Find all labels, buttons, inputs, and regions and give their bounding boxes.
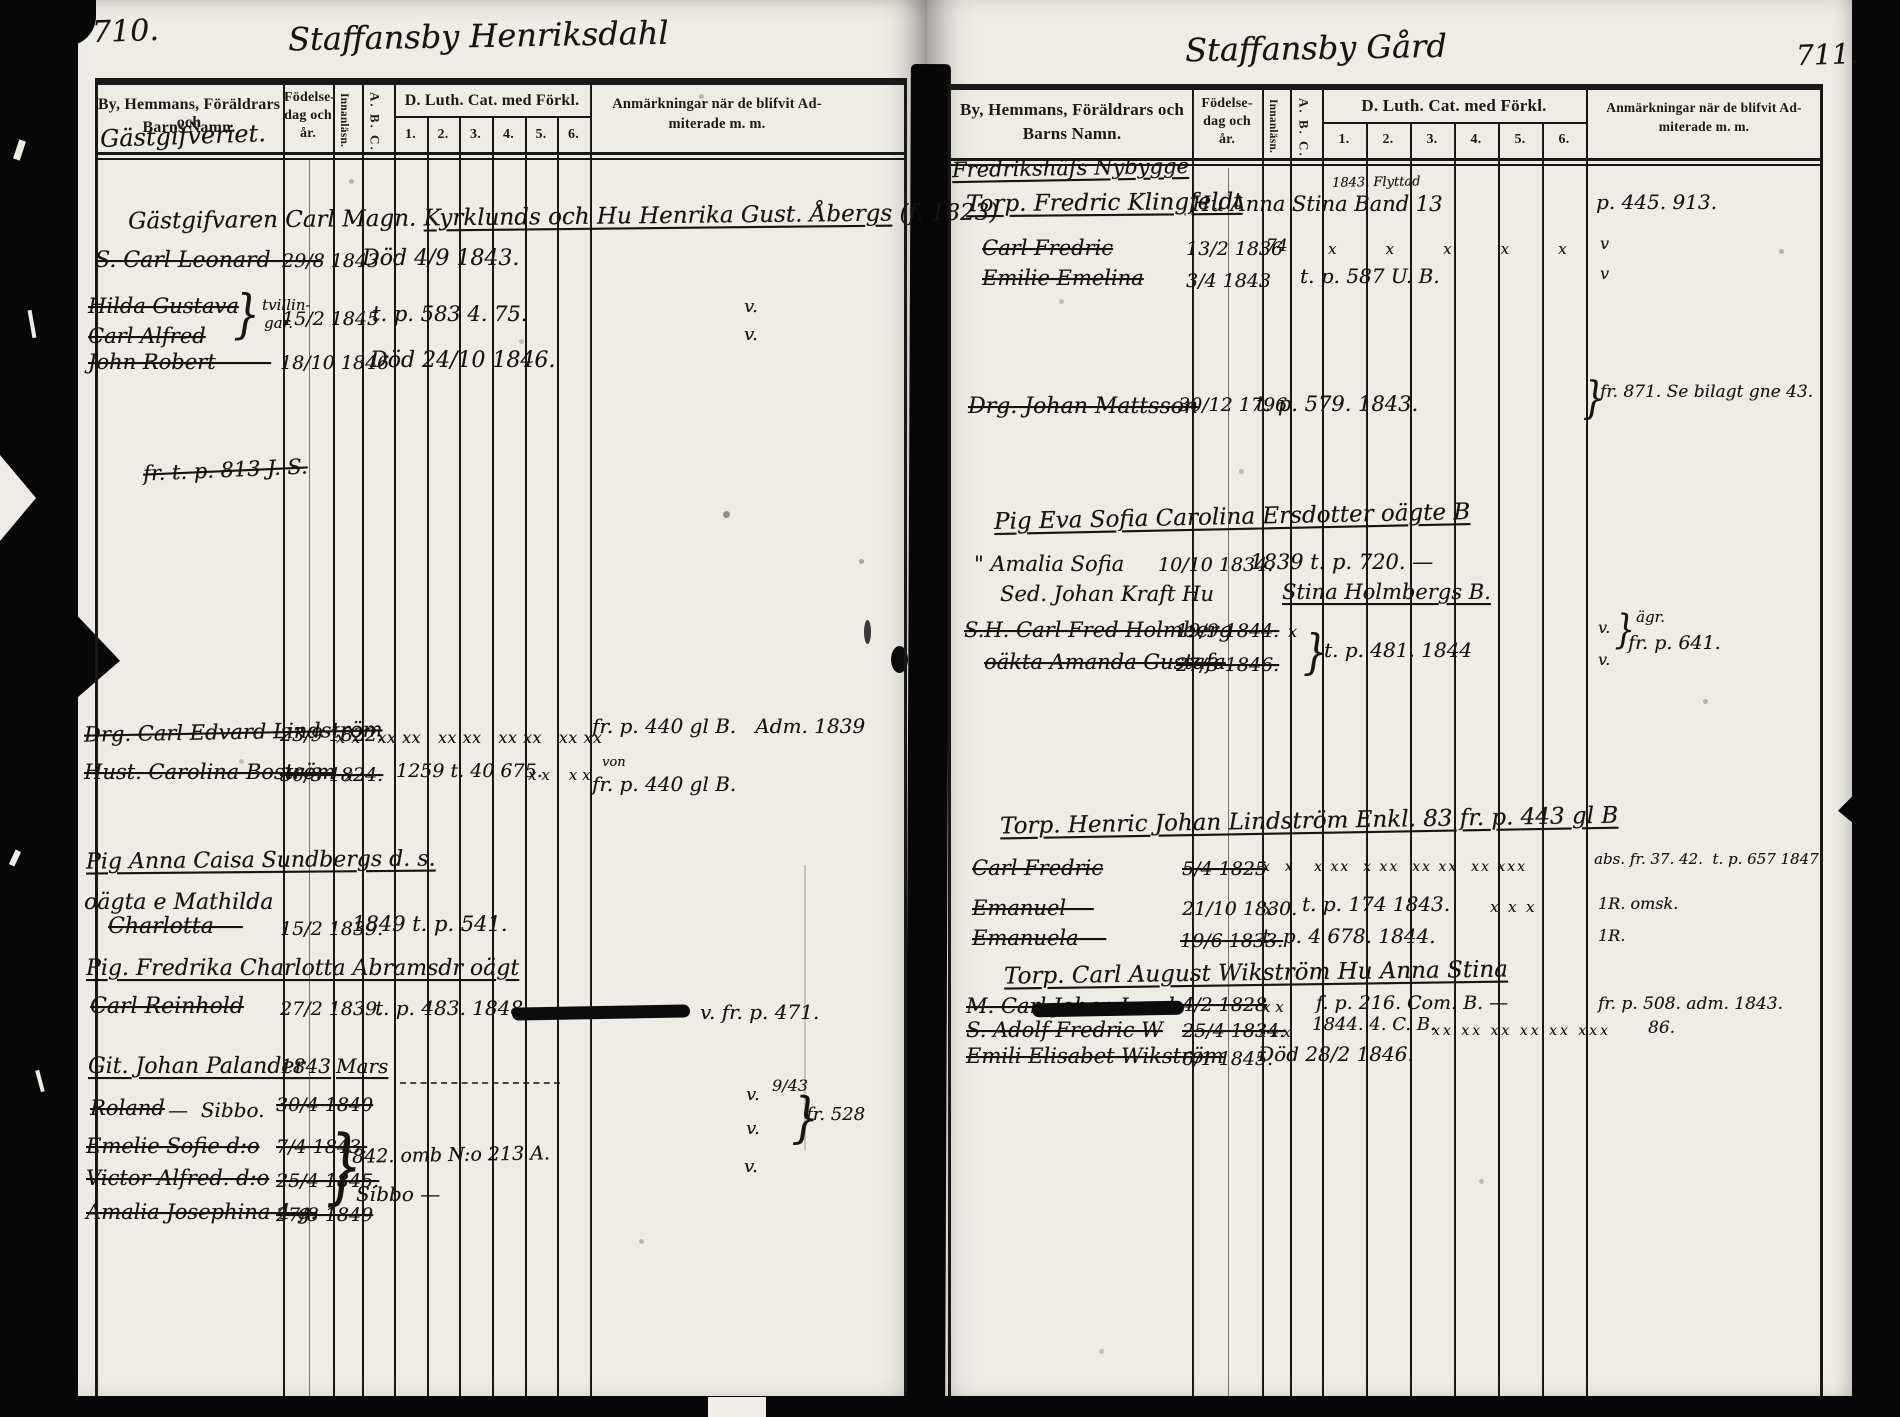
ink-smudge-margin [864, 620, 871, 644]
table-rule [95, 78, 906, 85]
entry-marks: x x x xx x xx xx xx xx xxx [1262, 860, 1527, 875]
check-mark: v. [1598, 652, 1610, 669]
column-header-remarks: Anmärkningar när de blifvit Ad- [1590, 100, 1818, 115]
entry-note: Mars [336, 1056, 388, 1077]
entry-note: t. p. 579. 1843. [1256, 394, 1418, 416]
table-rule [95, 158, 906, 160]
table-rule [1228, 168, 1229, 1396]
entry-name: S. Adolf Fredric W [966, 1020, 1163, 1042]
subcolumn-5: 5. [1498, 132, 1542, 148]
table-rule [948, 84, 951, 1396]
entry-note: 1259 t. 40 675. [396, 762, 543, 782]
entry-mark: x [1264, 902, 1273, 919]
subcolumn-6: 6. [1542, 132, 1586, 148]
scan-gutter [905, 64, 951, 1400]
column-header-birth: år. [1193, 132, 1261, 148]
column-header-birth: Födelse- [284, 90, 332, 106]
entry-birth: 3/4 1843 [1186, 272, 1271, 292]
entry-name: Carl Fredric [972, 858, 1103, 880]
entry-birth: 21/10 1830. [1182, 900, 1297, 920]
scan-left-corner-top [0, 0, 96, 46]
subcolumn-3: 3. [459, 127, 492, 143]
column-header-birth: år. [284, 126, 332, 142]
page-number: 710. [91, 15, 159, 48]
entry-remark: fr. 871. Se bilagt gne 43. [1600, 384, 1813, 402]
entry-remark: v. fr. p. 471. [700, 1002, 819, 1023]
check-mark: v [1600, 236, 1609, 253]
subcolumn-5: 5. [525, 127, 557, 143]
entry-continuation: Hu Anna Stina Band 13 [1192, 194, 1443, 216]
entry-note: Död 4/9 1843. [362, 248, 519, 271]
entry-note: 1849 t. p. 541. [352, 914, 507, 936]
entry-birth: 30/4 1840 [276, 1096, 373, 1116]
column-header-reading: Innanläsn. [1266, 92, 1279, 160]
table-rule [95, 152, 906, 155]
entry-note: t. p. 4 678. 1844. [1262, 926, 1436, 947]
entry-name: Pig. Fredrika Charlotta Abramsdr oägt [86, 958, 519, 981]
column-header-abc: A. B. C. [367, 90, 382, 154]
column-header-catechism: D. Luth. Cat. med Förkl. [1324, 96, 1584, 115]
subcolumn-1: 1. [394, 127, 427, 143]
entry-note: Sibbo — [356, 1184, 440, 1205]
margin-note: fr. 528 [806, 1106, 865, 1125]
entry-name: Victor Alfred. d:o [86, 1168, 269, 1190]
subcolumn-4: 4. [492, 127, 525, 143]
entry-remark: abs. fr. 37. 42. t. p. 657 1847 [1594, 852, 1819, 868]
scanned-parish-register: By, Hemmans, Föräldrars och Barns Namn. … [0, 0, 1900, 1417]
entry-note: t. p. 587 U. B. [1300, 266, 1440, 287]
entry-name: Carl Alfred [88, 326, 206, 348]
entry-remark-superscript: von [602, 756, 626, 770]
entry-note: t. p. 174 1843. [1302, 894, 1450, 915]
column-header-names: Barns Namn. [958, 124, 1186, 143]
entry-note: Död 24/10 1846. [370, 350, 555, 373]
entry-name: Emanuel — [972, 898, 1094, 920]
twins-brace: } [233, 288, 259, 342]
entry-note: t. p. 481. 1844 [1324, 640, 1472, 661]
entry-note: 1844. 4. C. B. [1312, 1016, 1436, 1035]
entry-name: John Robert — — [88, 352, 271, 374]
entry-superscript: 1843. Flyttad [1332, 175, 1421, 190]
table-rule [1820, 84, 1823, 1396]
entry-mark: x [344, 768, 353, 785]
entry-remark: fr. p. 440 gl B. [592, 774, 736, 795]
table-rule [948, 84, 1822, 90]
table-rule [1290, 88, 1292, 1396]
column-header-birth: Födelse- [1193, 96, 1261, 112]
entry-name: Emilie Emelina [982, 268, 1144, 290]
check-mark: v. [746, 1086, 760, 1105]
column-header-abc: A. B. C. [1296, 96, 1311, 160]
table-rule [1454, 124, 1456, 1396]
column-header-names: By, Hemmans, Föräldrars och [958, 100, 1186, 119]
entry-name: oägta e Mathilda [84, 892, 273, 915]
entry-name: Hilda Gustava [88, 296, 239, 318]
entry-name: Emelie Sofie d:o [86, 1136, 260, 1158]
entry-marks: xx xx xx xx xx xxx [1432, 1024, 1611, 1039]
entry-name: Roland [90, 1098, 165, 1120]
entry-name: Stina Holmbergs B. [1282, 582, 1491, 604]
entry-birth: 5/4 1825 [1182, 860, 1267, 880]
column-header-birth: dag och [1193, 114, 1261, 130]
place-label: Fredrikshäfs Nybygge [952, 156, 1189, 182]
entry-note: Död 28/2 1846. [1258, 1044, 1414, 1065]
entry-note: 1839 t. p. 720. — [1250, 552, 1433, 574]
family-heading-part: Gästgifvaren Carl Magn. [128, 205, 424, 234]
subcolumn-2: 2. [1366, 132, 1410, 148]
subcolumn-4: 4. [1454, 132, 1498, 148]
entry-marks: x x x [1490, 900, 1534, 916]
dashed-rule [400, 1082, 560, 1084]
entry-remark: fr. p. 440 gl B. Adm. 1839 [592, 716, 865, 737]
entry-remark: fr. p. 508. adm. 1843. [1598, 996, 1783, 1014]
subcolumn-2: 2. [427, 127, 459, 143]
entry-birth: 27/3 1846. [1176, 656, 1279, 676]
subcolumn-3: 3. [1410, 132, 1454, 148]
table-rule [557, 118, 559, 1396]
entry-marks: x x xx xx xx xx xx xx xx xx [336, 730, 602, 747]
column-header-remarks: miterade m. m. [1590, 119, 1818, 134]
entry-name: Git. Johan Palander [88, 1056, 305, 1079]
table-rule [1498, 124, 1500, 1396]
check-mark: v. [744, 1158, 758, 1177]
entry-remark: fr. p. 641. [1628, 634, 1721, 654]
entry-name: Drg. Johan Mattsson [968, 396, 1198, 419]
entry-reading: 74 [1266, 238, 1288, 256]
table-rule [1542, 124, 1544, 1396]
column-header-catechism: D. Luth. Cat. med Förkl. [396, 92, 588, 110]
check-mark: v. [744, 298, 758, 317]
entry-birth: 4/2 1828 [1182, 996, 1267, 1016]
entry-birth: 19/9 1844. [1176, 622, 1279, 642]
ink-blot [1032, 1001, 1184, 1018]
entry-name: " Amalia Sofia [974, 554, 1124, 576]
entry-birth: 1843 [280, 1056, 331, 1077]
page-title: Staffansby Henriksdahl [288, 17, 669, 57]
entry-name: Sed. Johan Kraft Hu [1000, 584, 1214, 606]
entry-remark: p. 445. 913. [1596, 192, 1717, 213]
entry-remark: 86. [1648, 1020, 1675, 1038]
entry-name: Emanuela — [972, 928, 1106, 950]
page-title: Staffansby Gård [1185, 30, 1447, 68]
entry-marks: x x x x x [1328, 242, 1573, 258]
entry-remark: 1R. omsk. [1598, 896, 1678, 913]
page-number: 711. [1796, 39, 1859, 70]
scan-left-margin [0, 0, 78, 1417]
table-rule [904, 78, 907, 1396]
entry-birth: 15/2 1845 [282, 310, 379, 330]
entry-marks: x x x x [528, 768, 590, 784]
entry-name: Pig Anna Caisa Sundbergs d. s. [86, 848, 436, 874]
entry-marks: x x x [1258, 1026, 1291, 1041]
scan-right-margin [1852, 0, 1900, 1417]
scan-bottom-margin [0, 1396, 1900, 1417]
table-rule [1366, 124, 1368, 1396]
entry-note: f. p. 216. Com. B. — [1316, 994, 1508, 1014]
check-mark: v. [1598, 620, 1610, 637]
column-header-reading: Innanläsn. [337, 86, 350, 154]
section-label: Gästgifveriet. [100, 121, 267, 152]
check-mark: v. [744, 326, 758, 345]
subcolumn-1: 1. [1322, 132, 1366, 148]
entry-birth: 27/2 1839. [280, 1000, 383, 1020]
entry-remark: 1R. [1598, 928, 1625, 945]
scan-bottom-gap [708, 1397, 766, 1417]
entry-note: t. p. 483. 1848 [375, 998, 523, 1019]
ink-speckles [0, 0, 3, 3]
table-rule [1586, 88, 1588, 1396]
entry-marks: x x [1262, 1000, 1284, 1016]
entry-name: Charlotta — [108, 916, 243, 939]
entry-name: Carl Reinhold [90, 996, 244, 1019]
entry-name: Carl Fredric [982, 238, 1113, 260]
subcolumn-6: 6. [557, 127, 590, 143]
family-heading-part: Kyrklunds och Hu Henrika Gust. Åbergs [423, 201, 892, 232]
check-mark: v [1600, 266, 1609, 283]
entry-birth: 30/3 1824. [280, 766, 383, 786]
column-header-remarks: Anmärkningar när de blifvit Ad- [592, 96, 842, 112]
column-header-remarks: miterade m. m. [592, 116, 842, 132]
entry-mark: x [1288, 624, 1297, 641]
entry-note: 842. omb N:o 213 A. [352, 1144, 550, 1167]
column-header-birth: dag och [284, 108, 332, 124]
entry-name-suffix: — Sibbo. [168, 1100, 264, 1121]
check-mark: v. [746, 1120, 760, 1139]
entry-remark-superscript: ägr. [1636, 610, 1665, 626]
table-rule [1410, 124, 1412, 1396]
entry-note: t. p. 583 4. 75. [372, 304, 527, 326]
